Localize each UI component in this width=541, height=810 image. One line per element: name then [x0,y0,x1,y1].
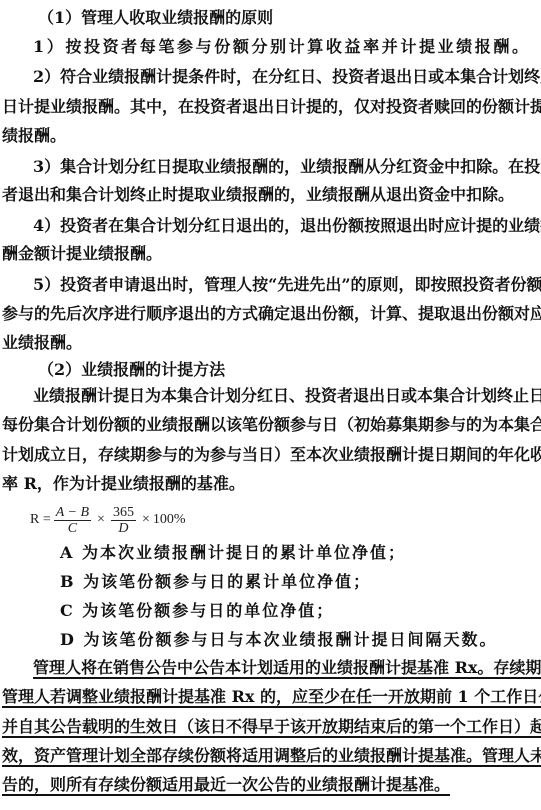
section-heading-method: （2）业绩报酬的计提方法 [38,359,225,381]
underlined-line: 并自其公告载明的生效日（该日不得早于该开放期结束后的第一个工作日）起生 [2,716,528,738]
times-operator: × [97,512,105,528]
paragraph-line: 5）投资者申请退出时，管理人按“先进先出”的原则，即按照投资者份额 [33,274,528,296]
fraction-denominator: D [116,521,130,536]
definition-a: A 为本次业绩报酬计提日的累计单位净值； [60,542,406,564]
underlined-line: 效，资产管理计划全部存续份额将适用调整后的业绩报酬计提基准。管理人未公 [2,745,528,767]
paragraph-line: 绩报酬。 [2,125,528,147]
fraction-365-over-d: 365 D [111,505,136,536]
paragraph-line: 业绩报酬。 [2,332,528,354]
fraction-numerator: 365 [111,505,136,521]
fraction-denominator: C [66,521,79,536]
paragraph-line: 业绩报酬计提日为本集合计划分红日、投资者退出日或本集合计划终止日。 [33,385,528,407]
paragraph-line: 率 R，作为计提业绩报酬的基准。 [2,473,528,495]
definition-d: D 为该笔份额参与日与本次业绩报酬计提日间隔天数。 [60,629,497,651]
section-heading-principles: （1）管理人收取业绩报酬的原则 [38,7,273,29]
definition-c: C 为该笔份额参与日的单位净值； [60,600,334,622]
formula-percent: 100% [153,512,186,528]
paragraph-line: 3）集合计划分红日提取业绩报酬的，业绩报酬从分红资金中扣除。在投资 [33,156,528,178]
paragraph-line: 4）投资者在集合计划分红日退出的，退出份额按照退出时应计提的业绩报 [33,215,528,237]
underlined-line: 告的，则所有存续份额适用最近一次公告的业绩报酬计提基准。 [2,774,528,796]
paragraph-line: 2）符合业绩报酬计提条件时，在分红日、投资者退出日或本集合计划终止 [33,66,528,88]
paragraph-line: 1）按投资者每笔参与份额分别计算收益率并计提业绩报酬。 [33,36,528,58]
paragraph-line: 酬金额计提业绩报酬。 [2,243,528,265]
formula-annualized-return: R = A − B C × 365 D × 100% [30,503,186,537]
underlined-line: 管理人若调整业绩报酬计提基准 Rx 的，应至少在任一开放期前 1 个工作日公告， [2,686,528,708]
formula-lhs: R = [30,512,51,528]
paragraph-line: 每份集合计划份额的业绩报酬以该笔份额参与日（初始募集期参与的为本集合 [2,414,528,436]
paragraph-line: 计划成立日，存续期参与的为参与当日）至本次业绩报酬计提日期间的年化收益 [2,444,528,466]
times-operator: × [142,512,150,528]
underlined-line: 管理人将在销售公告中公告本计划适用的业绩报酬计提基准 Rx。存续期内， [33,657,528,679]
fraction-numerator: A − B [54,505,91,521]
fraction-ab-over-c: A − B C [54,505,91,536]
paragraph-line: 日计提业绩报酬。其中，在投资者退出日计提的，仅对投资者赎回的份额计提业 [2,96,528,118]
definition-b: B 为该笔份额参与日的累计单位净值； [60,571,371,593]
paragraph-line: 者退出和集合计划终止时提取业绩报酬的，业绩报酬从退出资金中扣除。 [2,184,528,206]
paragraph-line: 参与的先后次序进行顺序退出的方式确定退出份额，计算、提取退出份额对应的 [2,303,528,325]
